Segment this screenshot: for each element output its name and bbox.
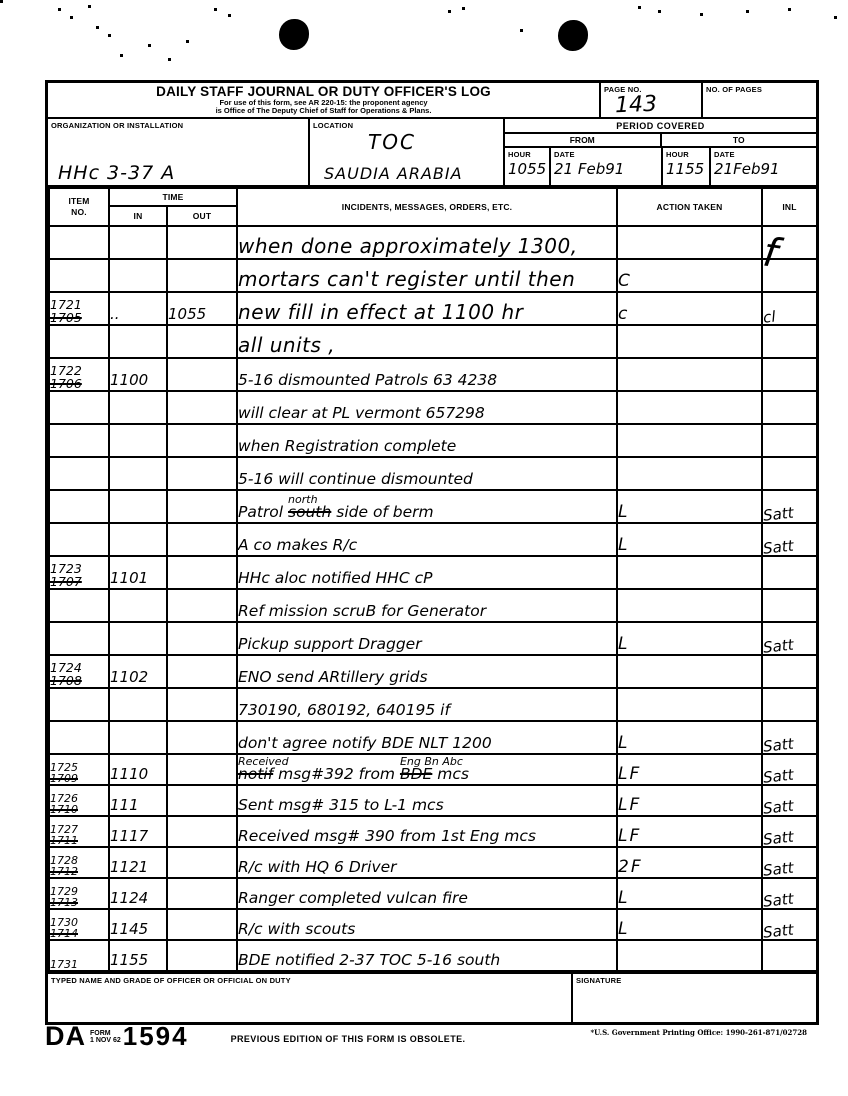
table-row: Patrol southnorth side of bermLSatt: [49, 490, 817, 523]
inl-cell: [762, 589, 817, 622]
period-hour-date-row: HOUR 1055 DATE 21 Feb91 HOUR 1155 DATE 2…: [505, 148, 816, 185]
table-row: 172917131124Ranger completed vulcan fire…: [49, 878, 817, 909]
time-out-cell: [167, 358, 237, 391]
time-out-cell: 1055: [167, 292, 237, 325]
item-no-cell: [49, 523, 109, 556]
table-row: 172517091110notifReceived msg#392 from B…: [49, 754, 817, 785]
location-label: LOCATION: [310, 119, 503, 130]
correction-text: Eng Bn Abc: [400, 756, 463, 767]
item-no-cell: 17251709: [49, 754, 109, 785]
action-value: LF: [618, 795, 641, 815]
initials-signature: Satt: [762, 918, 817, 941]
incident-text: notifReceived: [238, 765, 273, 783]
incidents-cell: A co makes R/c: [237, 523, 617, 556]
incidents-cell: notifReceived msg#392 from BDEEng Bn Abc…: [237, 754, 617, 785]
item-no-cell: [49, 589, 109, 622]
table-row: 17261710111Sent msg# 315 to L-1 mcsLFSat…: [49, 785, 817, 816]
item-header-line2: NO.: [71, 207, 87, 217]
time-in-cell: 1110: [109, 754, 167, 785]
item-number-struck: 1712: [50, 866, 108, 877]
form-date: 1 NOV 62: [90, 1037, 121, 1044]
period-from-label: FROM: [505, 134, 662, 146]
inl-cell: Satt: [762, 909, 817, 940]
col-header-in: IN: [109, 206, 167, 226]
inl-cell: Satt: [762, 754, 817, 785]
action-value: L: [618, 502, 629, 522]
table-row: Pickup support DraggerLSatt: [49, 622, 817, 655]
action-value: L: [618, 919, 629, 939]
time-in-cell: 1101: [109, 556, 167, 589]
time-out-cell: [167, 655, 237, 688]
form-number: 1594: [123, 1024, 189, 1049]
incident-text: ENO send ARtillery grids: [238, 668, 428, 686]
form-word: FORM: [90, 1030, 111, 1037]
inl-cell: Satt: [762, 622, 817, 655]
incidents-cell: mortars can't register until then: [237, 259, 617, 292]
item-no-cell: 1731: [49, 940, 109, 971]
inl-cell: Satt: [762, 847, 817, 878]
action-value: c: [618, 304, 629, 324]
action-cell: [617, 589, 762, 622]
hole-punch-left: [279, 19, 309, 50]
incident-text: 730190, 680192, 640195 if: [238, 701, 450, 719]
incidents-cell: R/c with HQ 6 Driver: [237, 847, 617, 878]
table-row: 172417081102ENO send ARtillery grids: [49, 655, 817, 688]
incidents-cell: when Registration complete: [237, 424, 617, 457]
incident-text: BDEEng Bn Abc: [400, 765, 432, 783]
officer-band: TYPED NAME AND GRADE OF OFFICER OR OFFIC…: [48, 972, 816, 1022]
item-no-cell: [49, 391, 109, 424]
initials-signature: Satt: [762, 534, 817, 557]
time-in-cell: 111: [109, 785, 167, 816]
action-cell: [617, 655, 762, 688]
time-in-cell: 1102: [109, 655, 167, 688]
incident-text: R/c with HQ 6 Driver: [238, 858, 397, 876]
incidents-cell: BDE notified 2-37 TOC 5-16 south: [237, 940, 617, 971]
time-in-value: 1117: [110, 827, 148, 845]
item-no-cell: [49, 226, 109, 259]
incident-text: Patrol: [238, 503, 288, 521]
incident-text: Sent msg# 315 to L-1 mcs: [238, 796, 444, 814]
item-number: 1731: [50, 959, 108, 970]
incident-text: Ranger completed vulcan fire: [238, 889, 468, 907]
to-hour-value: 1155: [663, 159, 709, 178]
from-date-label: DATE: [551, 148, 661, 159]
inl-cell: [762, 655, 817, 688]
inl-cell: [762, 259, 817, 292]
time-out-cell: [167, 490, 237, 523]
incidents-cell: Sent msg# 315 to L-1 mcs: [237, 785, 617, 816]
item-no-cell: 17231707: [49, 556, 109, 589]
time-in-cell: [109, 226, 167, 259]
item-no-cell: [49, 490, 109, 523]
inl-cell: Satt: [762, 878, 817, 909]
incident-text: Received msg# 390 from 1st Eng mcs: [238, 827, 536, 845]
from-date-value: 21 Feb91: [551, 159, 661, 178]
incidents-cell: ENO send ARtillery grids: [237, 655, 617, 688]
item-number-struck: 1707: [50, 576, 108, 589]
item-number-struck: 1706: [50, 378, 108, 391]
incidents-cell: 5-16 dismounted Patrols 63 4238: [237, 358, 617, 391]
item-no-cell: 17301714: [49, 909, 109, 940]
action-value: LF: [618, 764, 641, 784]
table-row: Ref mission scruB for Generator: [49, 589, 817, 622]
action-cell: [617, 226, 762, 259]
organization-label: ORGANIZATION OR INSTALLATION: [48, 119, 308, 130]
incidents-cell: all units ,: [237, 325, 617, 358]
item-no-cell: 17281712: [49, 847, 109, 878]
incident-text: msg#392 from: [273, 765, 400, 783]
time-in-cell: 1117: [109, 816, 167, 847]
table-row: 730190, 680192, 640195 if: [49, 688, 817, 721]
time-in-cell: ..: [109, 292, 167, 325]
action-cell: LF: [617, 754, 762, 785]
table-row: 172717111117Received msg# 390 from 1st E…: [49, 816, 817, 847]
time-in-cell: [109, 457, 167, 490]
action-cell: 2F: [617, 847, 762, 878]
time-in-value: 1121: [110, 858, 148, 876]
action-value: C: [618, 271, 632, 291]
inl-cell: cl: [762, 292, 817, 325]
time-in-cell: 1100: [109, 358, 167, 391]
time-in-value: 111: [110, 796, 139, 814]
time-in-cell: [109, 424, 167, 457]
from-hour-value: 1055: [505, 159, 549, 178]
col-header-time: TIME: [109, 188, 237, 206]
time-out-cell: [167, 226, 237, 259]
table-row: 172317071101HHc aloc notified HHC cP: [49, 556, 817, 589]
time-in-value: 1110: [110, 765, 148, 783]
time-out-cell: [167, 785, 237, 816]
typed-name-label: TYPED NAME AND GRADE OF OFFICER OR OFFIC…: [48, 974, 571, 985]
incident-text: BDE notified 2-37 TOC 5-16 south: [238, 951, 500, 969]
time-in-cell: [109, 391, 167, 424]
item-no-cell: 17271711: [49, 816, 109, 847]
time-in-cell: 1155: [109, 940, 167, 971]
incident-text: HHc aloc notified HHC cP: [238, 569, 432, 587]
inl-cell: Satt: [762, 721, 817, 754]
log-table-body: when done approximately 1300,fmortars ca…: [49, 226, 817, 971]
time-out-cell: [167, 847, 237, 878]
item-number-struck: 1711: [50, 835, 108, 846]
typed-name-box: TYPED NAME AND GRADE OF OFFICER OR OFFIC…: [48, 974, 573, 1022]
period-to-label: TO: [662, 134, 817, 146]
inl-cell: [762, 457, 817, 490]
da-form-1594: DAILY STAFF JOURNAL OR DUTY OFFICER'S LO…: [45, 80, 819, 1025]
location-box: LOCATION TOC SAUDIA ARABIA: [310, 119, 505, 185]
time-out-value: 1055: [168, 305, 206, 323]
action-cell: [617, 940, 762, 971]
org-location-period-band: ORGANIZATION OR INSTALLATION HHc 3-37 A …: [48, 119, 816, 187]
action-cell: L: [617, 490, 762, 523]
time-in-value: 1145: [110, 920, 148, 938]
table-row: 17211705..1055new fill in effect at 1100…: [49, 292, 817, 325]
time-in-value: 1101: [110, 569, 148, 587]
initials-signature: Satt: [762, 763, 817, 786]
form-title: DAILY STAFF JOURNAL OR DUTY OFFICER'S LO…: [48, 85, 599, 99]
action-cell: L: [617, 721, 762, 754]
time-in-cell: [109, 523, 167, 556]
item-number-struck: 1713: [50, 897, 108, 908]
time-out-cell: [167, 909, 237, 940]
incident-text: will clear at PL vermont 657298: [238, 404, 485, 422]
period-from-hour-cell: HOUR 1055: [505, 148, 551, 185]
time-in-cell: [109, 721, 167, 754]
time-out-cell: [167, 325, 237, 358]
inl-cell: [762, 325, 817, 358]
action-cell: [617, 325, 762, 358]
incidents-cell: Pickup support Dragger: [237, 622, 617, 655]
time-out-cell: [167, 721, 237, 754]
incident-text: Ref mission scruB for Generator: [238, 602, 486, 620]
to-date-label: DATE: [711, 148, 816, 159]
time-out-cell: [167, 622, 237, 655]
time-in-cell: [109, 622, 167, 655]
incidents-cell: Ranger completed vulcan fire: [237, 878, 617, 909]
action-cell: L: [617, 909, 762, 940]
initials-signature: Satt: [762, 732, 817, 755]
item-number-struck: 1705: [50, 312, 108, 325]
form-number-footer: DA FORM 1 NOV 62 1594 PREVIOUS EDITION O…: [45, 1024, 813, 1049]
table-row: when done approximately 1300,f: [49, 226, 817, 259]
organization-box: ORGANIZATION OR INSTALLATION HHc 3-37 A: [48, 119, 310, 185]
time-out-cell: [167, 391, 237, 424]
incidents-cell: when done approximately 1300,: [237, 226, 617, 259]
item-number-struck: 1709: [50, 773, 108, 784]
col-header-action: ACTION TAKEN: [617, 188, 762, 226]
action-value: L: [618, 634, 629, 654]
incidents-cell: HHc aloc notified HHC cP: [237, 556, 617, 589]
incident-text: 5-16 will continue dismounted: [238, 470, 473, 488]
incidents-cell: 730190, 680192, 640195 if: [237, 688, 617, 721]
action-cell: L: [617, 878, 762, 909]
time-in-cell: [109, 325, 167, 358]
incident-text: all units ,: [238, 333, 335, 357]
table-row: 172817121121R/c with HQ 6 Driver2FSatt: [49, 847, 817, 878]
time-out-cell: [167, 940, 237, 971]
incident-text: new fill in effect at 1100 hr: [238, 300, 523, 324]
correction-text: Received: [238, 756, 289, 767]
action-value: L: [618, 733, 629, 753]
incidents-cell: Received msg# 390 from 1st Eng mcs: [237, 816, 617, 847]
incident-text: southnorth: [288, 503, 331, 521]
incident-text: side of berm: [331, 503, 433, 521]
inl-cell: Satt: [762, 816, 817, 847]
col-header-item-no: ITEM NO.: [49, 188, 109, 226]
time-out-cell: [167, 556, 237, 589]
incidents-cell: R/c with scouts: [237, 909, 617, 940]
time-in-cell: 1145: [109, 909, 167, 940]
initials-signature: Satt: [762, 887, 817, 910]
period-to-hour-cell: HOUR 1155: [663, 148, 711, 185]
from-hour-label: HOUR: [505, 148, 549, 159]
incidents-cell: Patrol southnorth side of berm: [237, 490, 617, 523]
time-out-cell: [167, 878, 237, 909]
page-no-box: PAGE NO. 143: [601, 83, 703, 117]
time-in-cell: [109, 259, 167, 292]
inl-cell: Satt: [762, 785, 817, 816]
signature-label: SIGNATURE: [573, 974, 816, 985]
action-cell: [617, 391, 762, 424]
to-hour-label: HOUR: [663, 148, 709, 159]
table-row: 17311155BDE notified 2-37 TOC 5-16 south: [49, 940, 817, 971]
initials-signature: Satt: [762, 825, 817, 848]
initials-signature: cl: [762, 303, 817, 326]
period-from-date-cell: DATE 21 Feb91: [551, 148, 663, 185]
form-edition-text: FORM 1 NOV 62: [90, 1030, 121, 1045]
item-number-struck: 1708: [50, 675, 108, 688]
table-row: will clear at PL vermont 657298: [49, 391, 817, 424]
time-in-value: 1124: [110, 889, 148, 907]
action-value: L: [618, 535, 629, 555]
action-cell: L: [617, 622, 762, 655]
action-cell: c: [617, 292, 762, 325]
table-row: when Registration complete: [49, 424, 817, 457]
table-row: A co makes R/cLSatt: [49, 523, 817, 556]
action-cell: LF: [617, 785, 762, 816]
item-no-cell: [49, 325, 109, 358]
table-row: all units ,: [49, 325, 817, 358]
item-header-line1: ITEM: [68, 196, 89, 206]
col-header-out: OUT: [167, 206, 237, 226]
period-from-to-row: FROM TO: [505, 134, 816, 148]
form-title-block: DAILY STAFF JOURNAL OR DUTY OFFICER'S LO…: [48, 83, 601, 117]
time-out-cell: [167, 589, 237, 622]
time-out-cell: [167, 457, 237, 490]
inl-cell: [762, 391, 817, 424]
time-in-cell: [109, 688, 167, 721]
item-no-cell: 17291713: [49, 878, 109, 909]
initials-signature: Satt: [762, 856, 817, 879]
item-no-cell: [49, 424, 109, 457]
action-cell: [617, 457, 762, 490]
table-row: mortars can't register until thenC: [49, 259, 817, 292]
table-row: 1722170611005-16 dismounted Patrols 63 4…: [49, 358, 817, 391]
location-value-line1: TOC: [310, 130, 503, 154]
obsolete-note: PREVIOUS EDITION OF THIS FORM IS OBSOLET…: [231, 1034, 466, 1044]
incident-text: R/c with scouts: [238, 920, 355, 938]
signature-box: SIGNATURE: [573, 974, 816, 1022]
log-table-head: ITEM NO. TIME INCIDENTS, MESSAGES, ORDER…: [49, 188, 817, 226]
action-cell: [617, 556, 762, 589]
inl-cell: Satt: [762, 490, 817, 523]
to-date-value: 21Feb91: [711, 159, 816, 178]
initials-signature: Satt: [762, 501, 817, 524]
action-cell: [617, 688, 762, 721]
organization-value: HHc 3-37 A: [48, 162, 308, 185]
inl-cell: [762, 940, 817, 971]
item-no-cell: 17241708: [49, 655, 109, 688]
incident-text: when done approximately 1300,: [238, 234, 578, 258]
time-out-cell: [167, 523, 237, 556]
action-value: LF: [618, 826, 641, 846]
time-out-cell: [167, 754, 237, 785]
item-no-cell: [49, 721, 109, 754]
time-in-cell: [109, 589, 167, 622]
period-covered-box: PERIOD COVERED FROM TO HOUR 1055 DATE 21…: [505, 119, 816, 185]
period-covered-label: PERIOD COVERED: [505, 119, 816, 134]
action-cell: [617, 358, 762, 391]
time-out-cell: [167, 259, 237, 292]
time-in-value: 1102: [110, 668, 148, 686]
no-of-pages-box: NO. OF PAGES: [703, 83, 816, 117]
incident-text: 5-16 dismounted Patrols 63 4238: [238, 371, 497, 389]
time-in-value: 1100: [110, 371, 148, 389]
inl-cell: [762, 358, 817, 391]
item-no-cell: [49, 457, 109, 490]
period-to-date-cell: DATE 21Feb91: [711, 148, 816, 185]
action-cell: L: [617, 523, 762, 556]
col-header-inl: INL: [762, 188, 817, 226]
time-in-cell: [109, 490, 167, 523]
incident-text: Pickup support Dragger: [238, 635, 422, 653]
form-subtitle-2: is Office of The Deputy Chief of Staff f…: [48, 107, 599, 115]
item-no-cell: 17211705: [49, 292, 109, 325]
time-out-cell: [167, 424, 237, 457]
item-no-cell: [49, 259, 109, 292]
item-no-cell: 17221706: [49, 358, 109, 391]
time-in-cell: 1124: [109, 878, 167, 909]
table-row: 173017141145R/c with scoutsLSatt: [49, 909, 817, 940]
item-no-cell: [49, 688, 109, 721]
inl-cell: [762, 424, 817, 457]
action-cell: C: [617, 259, 762, 292]
inl-cell: f: [762, 226, 817, 259]
action-value: 2F: [618, 857, 643, 877]
incident-text: mortars can't register until then: [238, 267, 575, 291]
item-number-struck: 1710: [50, 804, 108, 815]
time-in-cell: 1121: [109, 847, 167, 878]
correction-text: north: [288, 494, 318, 505]
da-text: DA: [45, 1024, 86, 1048]
no-of-pages-label: NO. OF PAGES: [703, 83, 816, 94]
item-no-cell: [49, 622, 109, 655]
item-number-struck: 1714: [50, 928, 108, 939]
table-row: 5-16 will continue dismounted: [49, 457, 817, 490]
incident-text: when Registration complete: [238, 437, 456, 455]
incidents-cell: don't agree notify BDE NLT 1200: [237, 721, 617, 754]
incidents-cell: new fill in effect at 1100 hr: [237, 292, 617, 325]
incident-text: A co makes R/c: [238, 536, 357, 554]
time-out-cell: [167, 688, 237, 721]
inl-cell: [762, 556, 817, 589]
incidents-cell: 5-16 will continue dismounted: [237, 457, 617, 490]
incidents-cell: Ref mission scruB for Generator: [237, 589, 617, 622]
log-table: ITEM NO. TIME INCIDENTS, MESSAGES, ORDER…: [48, 187, 818, 972]
table-row: don't agree notify BDE NLT 1200LSatt: [49, 721, 817, 754]
incident-text: don't agree notify BDE NLT 1200: [238, 734, 492, 752]
location-value-line2: SAUDIA ARABIA: [310, 160, 503, 185]
time-in-value: ..: [110, 305, 120, 323]
time-in-value: 1155: [110, 951, 148, 969]
initials-signature: Satt: [762, 633, 817, 656]
hole-punch-right: [558, 20, 588, 51]
form-header: DAILY STAFF JOURNAL OR DUTY OFFICER'S LO…: [48, 83, 816, 119]
scan-noise: [0, 0, 3, 3]
page-no-value: 143: [601, 90, 702, 118]
time-out-cell: [167, 816, 237, 847]
action-cell: LF: [617, 816, 762, 847]
action-cell: [617, 424, 762, 457]
incidents-cell: will clear at PL vermont 657298: [237, 391, 617, 424]
col-header-incidents: INCIDENTS, MESSAGES, ORDERS, ETC.: [237, 188, 617, 226]
item-no-cell: 17261710: [49, 785, 109, 816]
printing-office-note: *U.S. Government Printing Office: 1990-2…: [591, 1028, 813, 1037]
action-value: L: [618, 888, 629, 908]
initials-signature: Satt: [762, 794, 817, 817]
inl-cell: [762, 688, 817, 721]
inl-cell: Satt: [762, 523, 817, 556]
